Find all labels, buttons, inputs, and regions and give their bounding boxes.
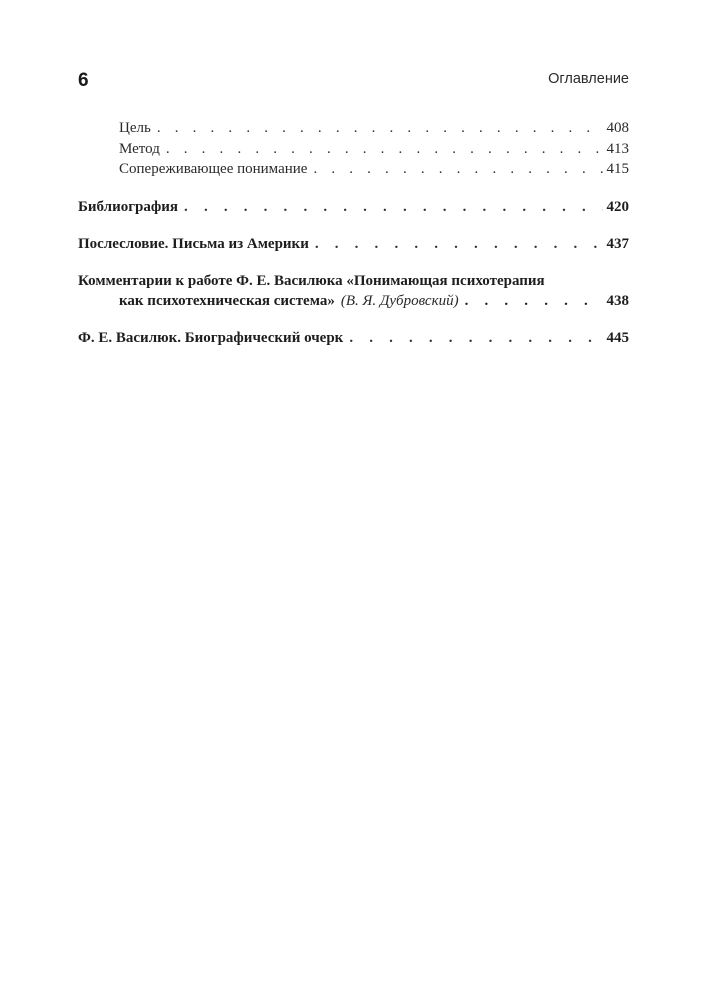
toc-entry-title: Библиография — [78, 197, 178, 217]
toc-entry-title: Ф. Е. Василюк. Биографический очерк — [78, 328, 343, 348]
toc-entry-afterword[interactable]: Послесловие. Письма из Америки 437 — [78, 234, 629, 254]
dot-leader — [349, 328, 602, 348]
toc-entry-title-line2: как психотехническая система» — [119, 291, 335, 311]
toc-entry-title: Послесловие. Письма из Америки — [78, 234, 309, 254]
toc-entry-bibliography[interactable]: Библиография 420 — [78, 197, 629, 217]
dot-leader — [166, 139, 603, 159]
toc-entry-method[interactable]: Метод 413 — [78, 139, 629, 160]
toc-entry-page: 437 — [607, 234, 630, 254]
toc-entry-page: 408 — [607, 118, 630, 138]
dot-leader — [313, 159, 602, 179]
dot-leader — [157, 118, 603, 138]
toc-entry-author: (В. Я. Дубровский) — [341, 291, 459, 311]
toc-entry-biography[interactable]: Ф. Е. Василюк. Биографический очерк 445 — [78, 328, 629, 348]
dot-leader — [184, 197, 602, 217]
toc-entry-title-line1: Комментарии к работе Ф. Е. Василюка «Пон… — [78, 271, 629, 291]
dot-leader — [465, 291, 603, 311]
toc-entry-title: Метод — [119, 139, 160, 159]
toc-entry-commentary[interactable]: Комментарии к работе Ф. Е. Василюка «Пон… — [78, 271, 629, 311]
toc-entry-page: 413 — [607, 139, 630, 159]
toc-entry-page: 445 — [607, 328, 630, 348]
dot-leader — [315, 234, 603, 254]
table-of-contents: Цель 408 Метод 413 Сопереживающее понима… — [78, 118, 629, 348]
toc-entry-title: Сопереживающее понимание — [119, 159, 307, 179]
toc-entry-page: 415 — [607, 159, 630, 179]
toc-entry-page: 420 — [607, 197, 630, 217]
running-header: Оглавление — [548, 70, 629, 88]
toc-entry-page: 438 — [607, 291, 630, 311]
page-number: 6 — [78, 70, 89, 92]
toc-entry-goal[interactable]: Цель 408 — [78, 118, 629, 139]
toc-entry-empathic-understanding[interactable]: Сопереживающее понимание 415 — [78, 159, 629, 180]
toc-entry-title: Цель — [119, 118, 151, 138]
